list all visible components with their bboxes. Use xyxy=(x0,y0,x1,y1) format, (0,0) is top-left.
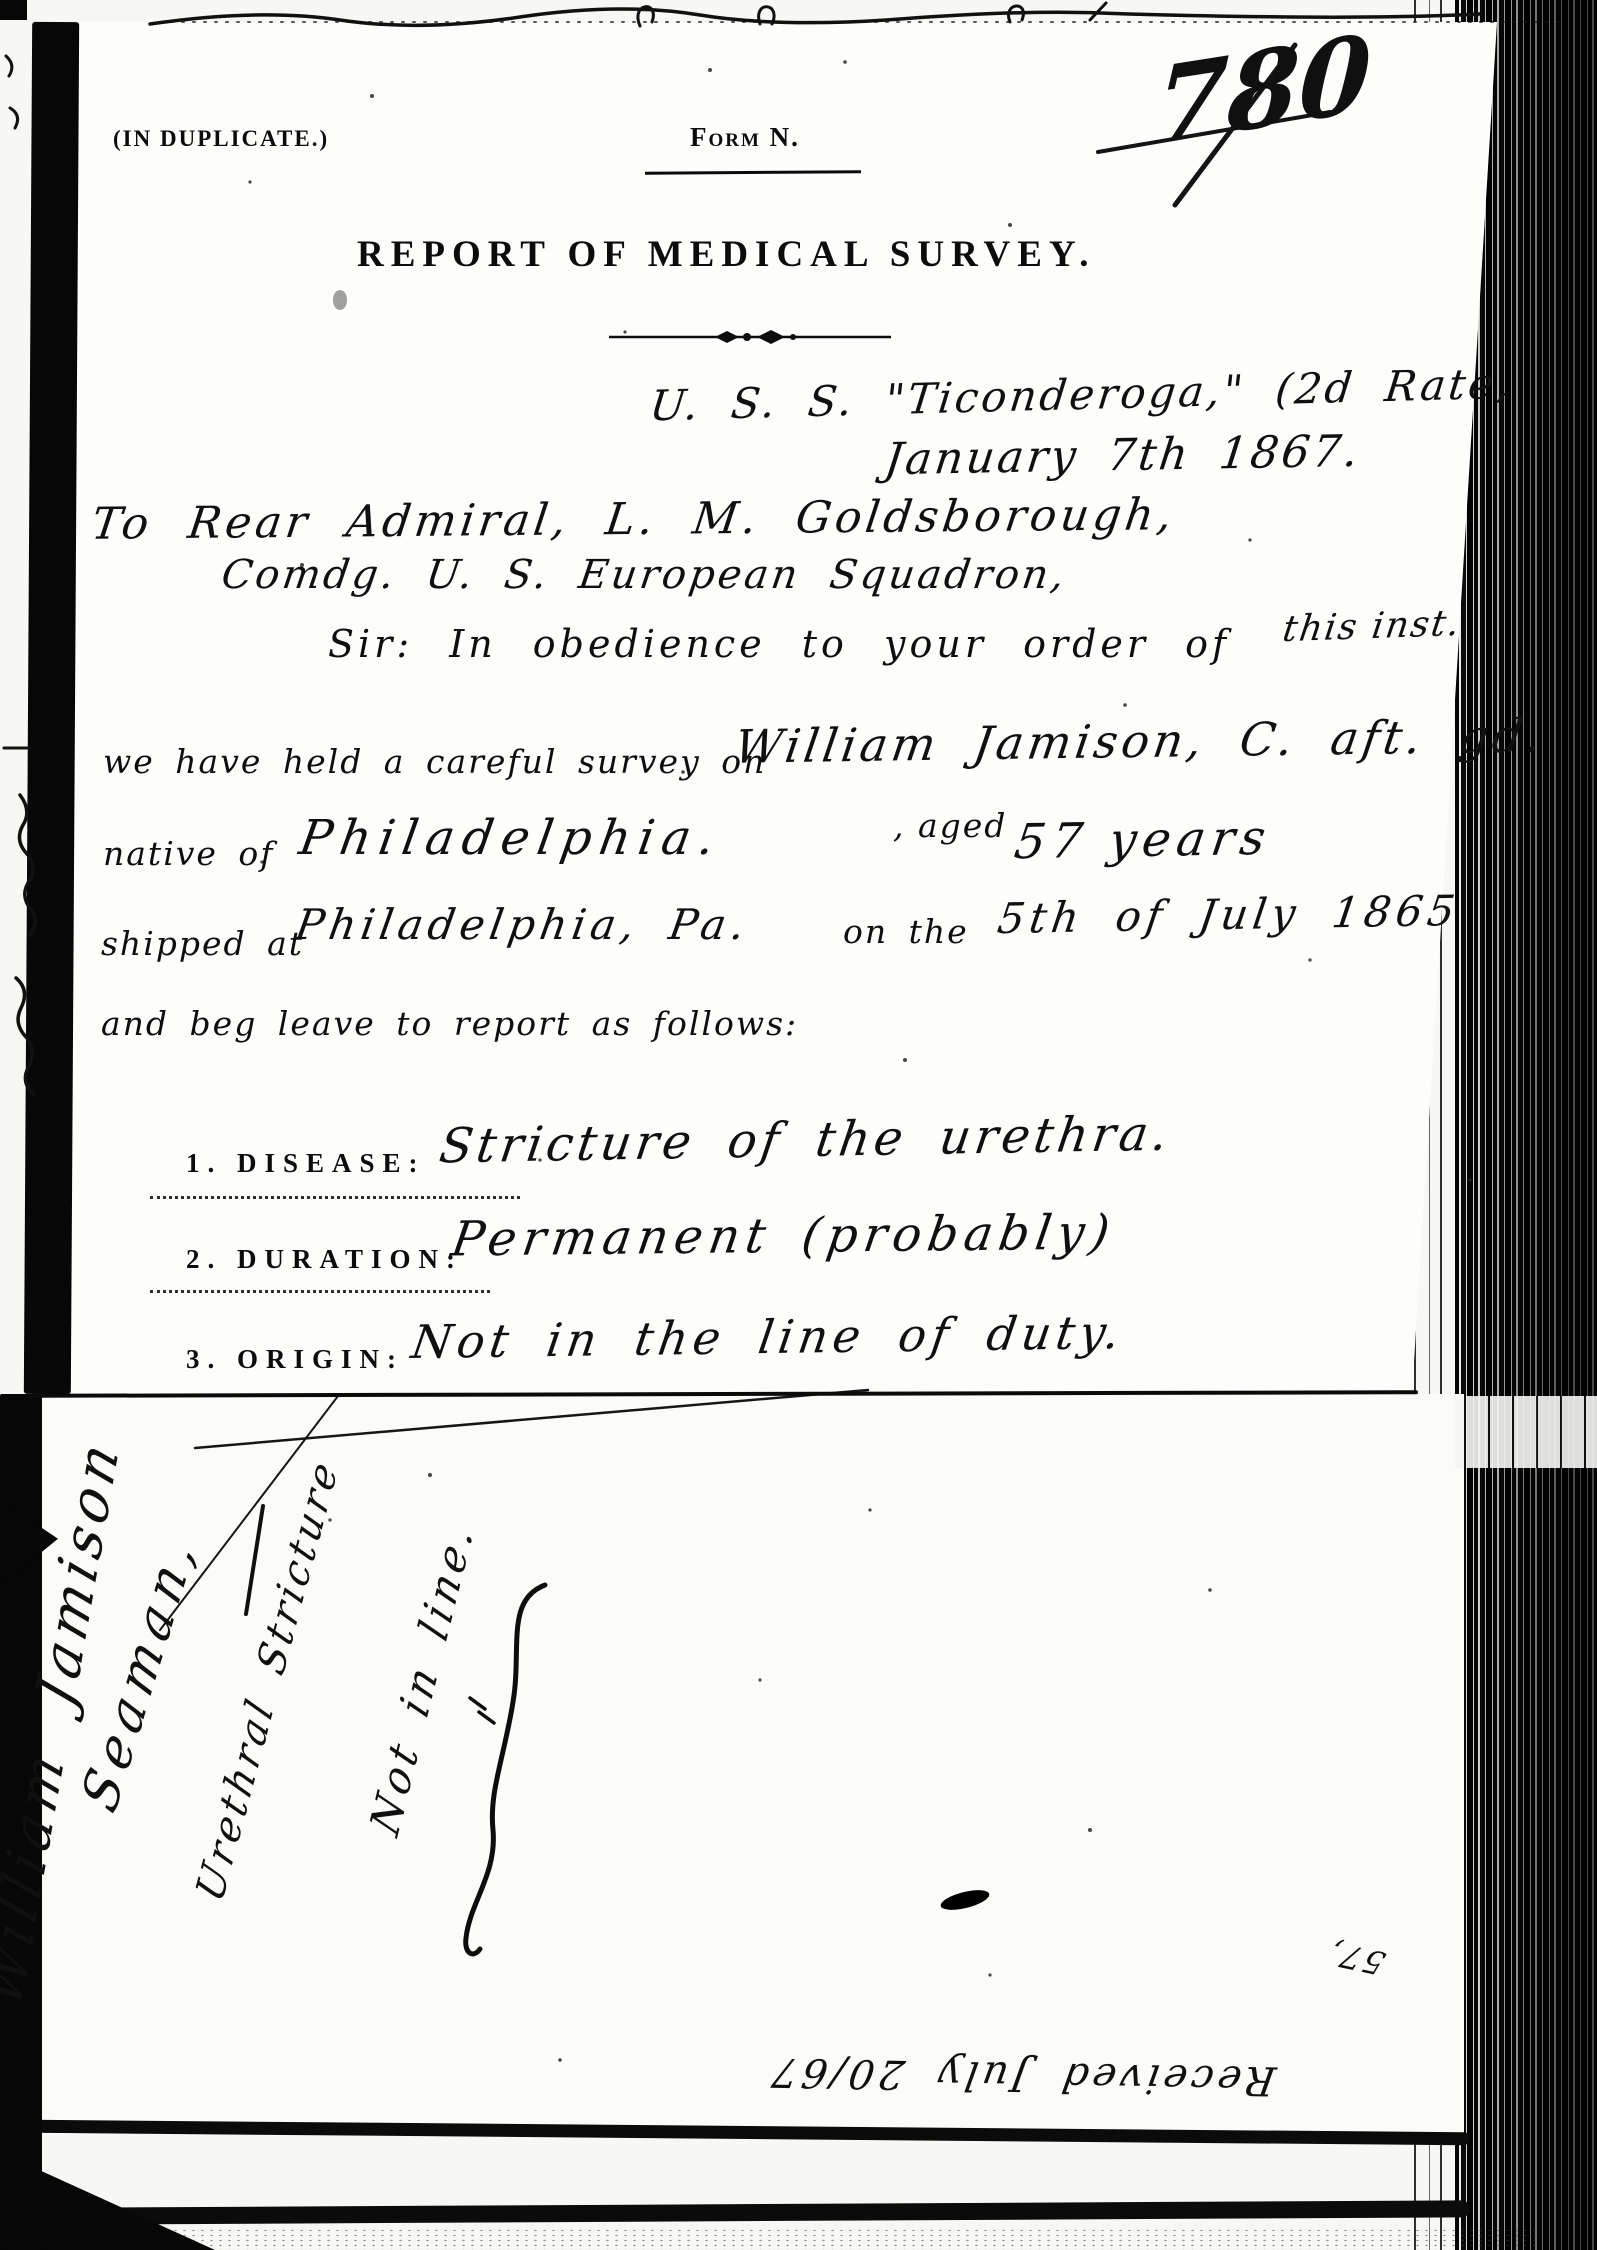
subject-name-handwritten: William Jamison, C. aft. gd. xyxy=(731,708,1549,773)
birthplace-handwritten: Philadelphia. xyxy=(296,810,727,866)
received-note: Received July 20/67 xyxy=(765,2049,1279,2104)
document-title: REPORT OF MEDICAL SURVEY. xyxy=(357,233,1095,276)
scanned-medical-survey-document: (IN DUPLICATE.) Form N. REPORT OF MEDICA… xyxy=(0,0,1597,2250)
shipping-date-handwritten: 5th of July 1865 xyxy=(995,886,1463,943)
docket-ditto-marks xyxy=(470,1698,494,1723)
addressee-line-1: To Rear Admiral, L. M. Goldsborough, xyxy=(89,489,1179,550)
docket-brace-flourish xyxy=(466,1585,545,1954)
disease-dotted-line xyxy=(150,1196,520,1199)
docket-dash-mark xyxy=(246,1506,263,1614)
crease-line-long xyxy=(195,1390,868,1448)
duplicate-note: (IN DUPLICATE.) xyxy=(113,126,329,152)
order-date-handwritten: this inst. xyxy=(1280,603,1464,650)
date-line: January 7th 1867. xyxy=(882,426,1364,485)
finding-label-disease: 1. DISEASE: xyxy=(186,1148,426,1179)
survey-lead-printed: we have held a careful survey on xyxy=(103,742,766,781)
shipped-at-printed: shipped at xyxy=(101,924,304,963)
ink-blob xyxy=(939,1886,991,1914)
shipping-port-handwritten: Philadelphia, Pa. xyxy=(292,900,753,949)
finding-label-duration: 2. DURATION: xyxy=(186,1244,463,1275)
on-the-printed: on the xyxy=(843,912,969,951)
salutation-printed: Sir: In obedience to your order of xyxy=(328,622,1230,666)
aged-printed: , aged xyxy=(893,806,1007,845)
addressee-line-2: Comdg. U. S. European Squadron, xyxy=(219,552,1070,598)
form-number-label: Form N. xyxy=(690,122,800,153)
duration-dotted-line xyxy=(150,1290,490,1293)
ornament-divider xyxy=(605,326,895,346)
age-handwritten: 57 years xyxy=(1011,810,1275,871)
native-of-printed: native of xyxy=(103,834,275,873)
ink-smudge xyxy=(333,290,347,310)
finding-value-origin: Not in the line of duty. xyxy=(408,1305,1128,1369)
closing-printed: and beg leave to report as follows: xyxy=(101,1004,798,1043)
finding-label-origin: 3. ORIGIN: xyxy=(186,1344,404,1375)
finding-value-duration: Permanent (probably) xyxy=(448,1204,1119,1267)
